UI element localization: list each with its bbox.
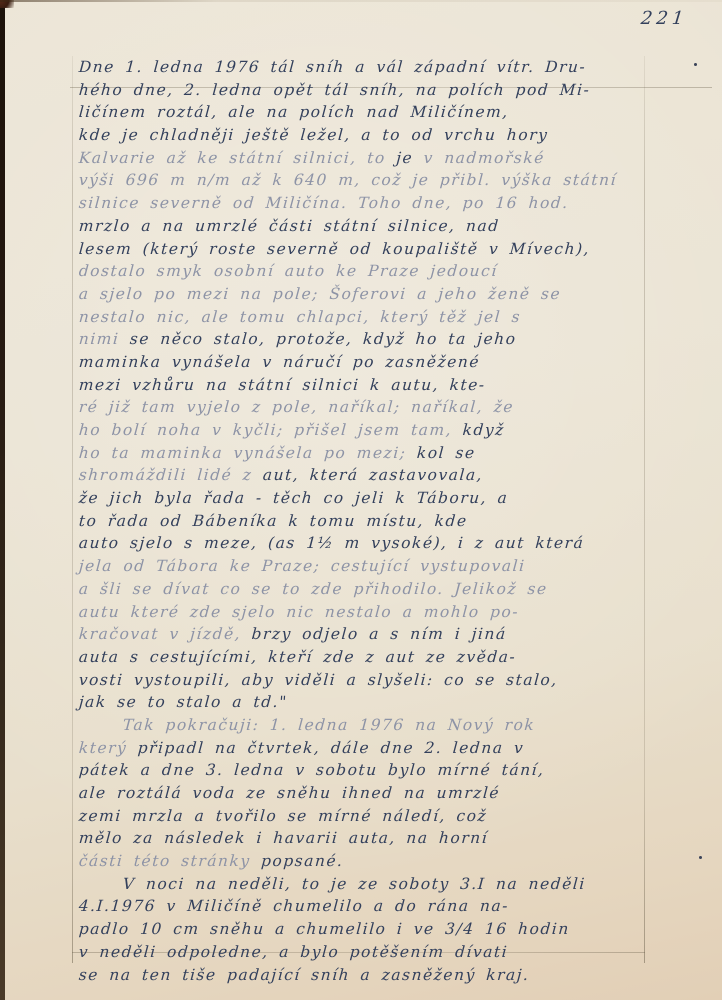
manuscript-line: ale roztálá voda ze sněhu ihned na umrzl…: [78, 782, 670, 805]
ink-speck: [694, 63, 697, 66]
manuscript-line: auto sjelo s meze, (as 1½ m vysoké), i z…: [78, 532, 670, 555]
handwriting-segment: aut, která zastavovala,: [262, 466, 483, 484]
handwriting-segment: se něco stalo, protože, když ho ta jeho: [129, 330, 517, 348]
manuscript-line: nestalo nic, ale tomu chlapci, který těž…: [78, 306, 670, 329]
handwriting-segment: ré již tam vyjelo z pole, naříkal; nařík…: [78, 398, 514, 416]
handwriting-segment: ličínem roztál, ale na polích nad Miličí…: [78, 103, 509, 121]
handwriting-segment: 4.I.1976 v Miličíně chumelilo a do rána …: [78, 897, 509, 915]
manuscript-line: v neděli odpoledne, a bylo potěšením dív…: [78, 941, 670, 964]
handwriting-segment: kde je chladněji ještě ležel, a to od vr…: [78, 126, 549, 144]
manuscript-line: auta s cestujícími, kteří zde z aut ze z…: [78, 646, 670, 669]
handwriting-segment: který: [78, 739, 138, 757]
handwriting-segment: vosti vystoupili, aby viděli a slyšeli: …: [78, 671, 558, 689]
ink-speck: [699, 856, 702, 859]
manuscript-line: ličínem roztál, ale na polích nad Miličí…: [78, 101, 670, 124]
handwriting-segment: Kalvarie až ke státní silnici, to: [78, 149, 397, 167]
handwriting-segment: výši 696 m n/m až k 640 m, což je přibl.…: [78, 171, 617, 189]
manuscript-line: jak se to stalo a td.": [78, 691, 670, 714]
manuscript-line: V noci na neděli, to je ze soboty 3.I na…: [78, 873, 670, 896]
handwriting-segment: V noci na neděli, to je ze soboty 3.I na…: [122, 875, 586, 893]
page-number: 221: [640, 8, 689, 29]
manuscript-line: shromáždili lidé z aut, která zastavoval…: [78, 464, 670, 487]
manuscript-line: lesem (který roste severně od koupaliště…: [78, 238, 670, 261]
manuscript-line: výši 696 m n/m až k 640 m, což je přibl.…: [78, 169, 670, 192]
handwriting-segment: nestalo nic, ale tomu chlapci, který těž…: [78, 308, 521, 326]
handwriting-segment: padlo 10 cm sněhu a chumelilo i ve 3/4 1…: [78, 920, 570, 938]
handwriting-segment: autu které zde sjelo nic nestalo a mohlo…: [78, 603, 519, 621]
manuscript-line: části této stránky popsané.: [78, 850, 670, 873]
manuscript-line: jela od Tábora ke Praze; cestující vystu…: [78, 555, 670, 578]
manuscript-line: silnice severně od Miličína. Toho dne, p…: [78, 192, 670, 215]
handwriting-segment: popsané.: [260, 852, 344, 870]
manuscript-line: maminka vynášela v náručí po zasněžené: [78, 351, 670, 374]
handwriting-segment: části této stránky: [78, 852, 262, 870]
handwriting-segment: silnice severně od Miličína. Toho dne, p…: [78, 194, 569, 212]
manuscript-line: nimi se něco stalo, protože, když ho ta …: [78, 328, 670, 351]
manuscript-line: Tak pokračuji: 1. ledna 1976 na Nový rok: [78, 714, 670, 737]
handwriting-segment: je: [396, 149, 414, 167]
handwriting-segment: kračovat v jízdě,: [78, 625, 252, 643]
manuscript-line: který připadl na čtvrtek, dále dne 2. le…: [78, 737, 670, 760]
manuscript-line: se na ten tiše padající sníh a zasněžený…: [78, 964, 670, 987]
handwriting-segment: shromáždili lidé z: [78, 466, 263, 484]
handwriting-segment: když: [462, 421, 506, 439]
handwriting-segment: ale roztálá voda ze sněhu ihned na umrzl…: [78, 784, 500, 802]
manuscript-line: že jich byla řada - těch co jeli k Tábor…: [78, 487, 670, 510]
manuscript-line: kračovat v jízdě, brzy odjelo a s ním i …: [78, 623, 670, 646]
manuscript-line: Kalvarie až ke státní silnici, to je v n…: [78, 147, 670, 170]
scan-edge-left: [0, 0, 5, 1000]
manuscript-line: autu které zde sjelo nic nestalo a mohlo…: [78, 601, 670, 624]
manuscript-line: padlo 10 cm sněhu a chumelilo i ve 3/4 1…: [78, 918, 670, 941]
manuscript-line: mezi vzhůru na státní silnici k autu, kt…: [78, 374, 670, 397]
manuscript-line: zemi mrzla a tvořilo se mírné náledí, co…: [78, 805, 670, 828]
handwriting-segment: ho ta maminka vynášela po mezi;: [78, 444, 417, 462]
pencil-margin-left: [72, 56, 73, 963]
manuscript-line: vosti vystoupili, aby viděli a slyšeli: …: [78, 669, 670, 692]
manuscript-line: ho ta maminka vynášela po mezi; kol se: [78, 442, 670, 465]
handwriting-segment: to řada od Bábeníka k tomu místu, kde: [78, 512, 468, 530]
handwriting-segment: jela od Tábora ke Praze; cestující vystu…: [78, 557, 526, 575]
handwriting-segment: auto sjelo s meze, (as 1½ m vysoké), i z…: [78, 534, 585, 552]
handwriting-segment: a sjelo po mezi na pole; Šoferovi a jeho…: [78, 285, 562, 303]
manuscript-line: pátek a dne 3. ledna v sobotu bylo mírné…: [78, 759, 670, 782]
manuscript-line: Dne 1. ledna 1976 tál sníh a vál západní…: [78, 56, 670, 79]
manuscript-line: to řada od Bábeníka k tomu místu, kde: [78, 510, 670, 533]
handwriting-segment: Dne 1. ledna 1976 tál sníh a vál západní…: [78, 58, 587, 76]
manuscript-line: dostalo smyk osobní auto ke Praze jedouc…: [78, 260, 670, 283]
handwriting-segment: brzy odjelo a s ním i jiná: [251, 625, 507, 643]
manuscript-lines: Dne 1. ledna 1976 tál sníh a vál západní…: [78, 56, 668, 986]
handwriting-segment: mělo za následek i havarii auta, na horn…: [78, 829, 489, 847]
handwriting-segment: ho bolí noha v kyčli; přišel jsem tam,: [78, 421, 463, 439]
handwriting-segment: kol se: [416, 444, 476, 462]
handwriting-segment: hého dne, 2. ledna opět tál sníh, na pol…: [78, 81, 591, 99]
scan-edge-top: [0, 0, 722, 2]
handwriting-segment: pátek a dne 3. ledna v sobotu bylo mírné…: [78, 761, 545, 779]
handwriting-segment: mrzlo a na umrzlé části státní silnice, …: [78, 217, 500, 235]
handwriting-segment: že jich byla řada - těch co jeli k Tábor…: [78, 489, 509, 507]
handwriting-segment: nimi: [78, 330, 130, 348]
handwriting-segment: dostalo smyk osobní auto ke Praze jedouc…: [78, 262, 498, 280]
manuscript-line: kde je chladněji ještě ležel, a to od vr…: [78, 124, 670, 147]
manuscript-line: a šli se dívat co se to zde přihodilo. J…: [78, 578, 670, 601]
handwriting-segment: mezi vzhůru na státní silnici k autu, kt…: [78, 376, 486, 394]
handwriting-segment: v neděli odpoledne, a bylo potěšením dív…: [78, 943, 509, 961]
handwriting-segment: jak se to stalo a td.": [78, 693, 288, 711]
handwriting-segment: v nadmořské: [413, 149, 546, 167]
handwriting-segment: lesem (který roste severně od koupaliště…: [78, 240, 590, 258]
manuscript-line: mrzlo a na umrzlé části státní silnice, …: [78, 215, 670, 238]
handwriting-segment: připadl na čtvrtek, dále dne 2. ledna v: [137, 739, 525, 757]
manuscript-line: mělo za následek i havarii auta, na horn…: [78, 827, 670, 850]
handwriting-segment: Tak pokračuji: 1. ledna 1976 na Nový rok: [122, 716, 536, 734]
handwriting-segment: se na ten tiše padající sníh a zasněžený…: [78, 966, 530, 984]
handwriting-segment: maminka vynášela v náručí po zasněžené: [78, 353, 480, 371]
manuscript-line: a sjelo po mezi na pole; Šoferovi a jeho…: [78, 283, 670, 306]
manuscript-line: ré již tam vyjelo z pole, naříkal; nařík…: [78, 396, 670, 419]
handwriting-segment: zemi mrzla a tvořilo se mírné náledí, co…: [78, 807, 488, 825]
scanned-manuscript-page: 221 Dne 1. ledna 1976 tál sníh a vál záp…: [0, 0, 722, 1000]
manuscript-line: 4.I.1976 v Miličíně chumelilo a do rána …: [78, 895, 670, 918]
handwriting-segment: auta s cestujícími, kteří zde z aut ze z…: [78, 648, 517, 666]
manuscript-line: hého dne, 2. ledna opět tál sníh, na pol…: [78, 79, 670, 102]
manuscript-line: ho bolí noha v kyčli; přišel jsem tam, k…: [78, 419, 670, 442]
handwriting-segment: a šli se dívat co se to zde přihodilo. J…: [78, 580, 548, 598]
